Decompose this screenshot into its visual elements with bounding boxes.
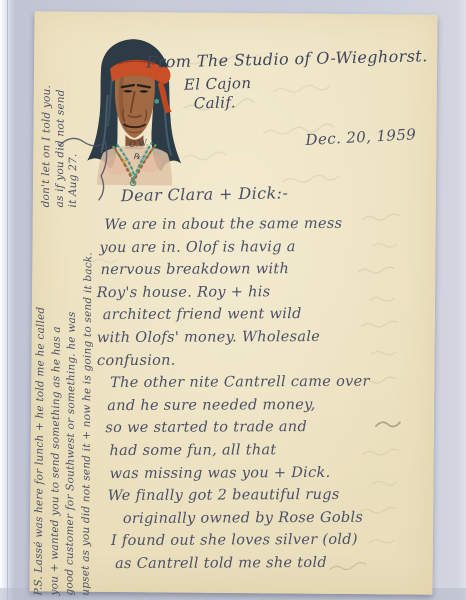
scan-edge-line: [7, 0, 8, 600]
letter-body-line: We finally got 2 beautiful rugs: [98, 484, 430, 508]
salutation: Dear Clara + Dick:-: [121, 183, 289, 205]
margin-ps-note: P.S. Lassé was here for lunch + he told …: [31, 163, 97, 596]
margin-top-note-line: don't let on I told you.: [40, 35, 55, 207]
letter-body-line: I found out she loves silver (old): [98, 529, 430, 553]
letterhead-city-line: El Cajon: [184, 74, 252, 94]
letter-body-line: nervous breakdown with: [96, 258, 428, 282]
letter-body-line: originally owned by Rose Gobls: [98, 506, 430, 530]
letter-body-line: We are in about the same mess: [96, 212, 428, 236]
svg-text:℞: ℞: [133, 152, 141, 161]
note-brace-flourish: [57, 131, 114, 203]
letter-body-line: and he sure needed money,: [97, 393, 429, 417]
letter-paper: O.W. ℞ From The Studio of O-Wieghorst. E…: [29, 11, 437, 594]
letter-body-line: confusion.: [97, 348, 429, 372]
portrait-earring: [154, 99, 159, 104]
artist-signature: O.W.: [129, 138, 149, 150]
letter-body-line: so we started to trade and: [97, 416, 429, 440]
letter-body-line: had some fun, all that: [97, 438, 429, 462]
letter-body-line: Roy's house. Roy + his: [97, 280, 429, 304]
letter-body-line: as Cantrell told me she told: [98, 551, 430, 575]
letter-body-line: architect friend went wild: [97, 303, 429, 327]
letter-body: We are in about the same messyou are in.…: [96, 212, 430, 575]
letter-body-line: with Olofs' money. Wholesale: [97, 325, 429, 349]
letter-body-line: was missing was you + Dick.: [98, 461, 430, 485]
letterhead-state-line: Calif.: [194, 93, 237, 112]
scanned-letter-photo: { "document": { "letterhead": { "studio_…: [0, 0, 466, 600]
letter-body-line: The other nite Cantrell came over: [97, 371, 429, 395]
letter-body-line: you are in. Olof is havig a: [96, 235, 428, 259]
